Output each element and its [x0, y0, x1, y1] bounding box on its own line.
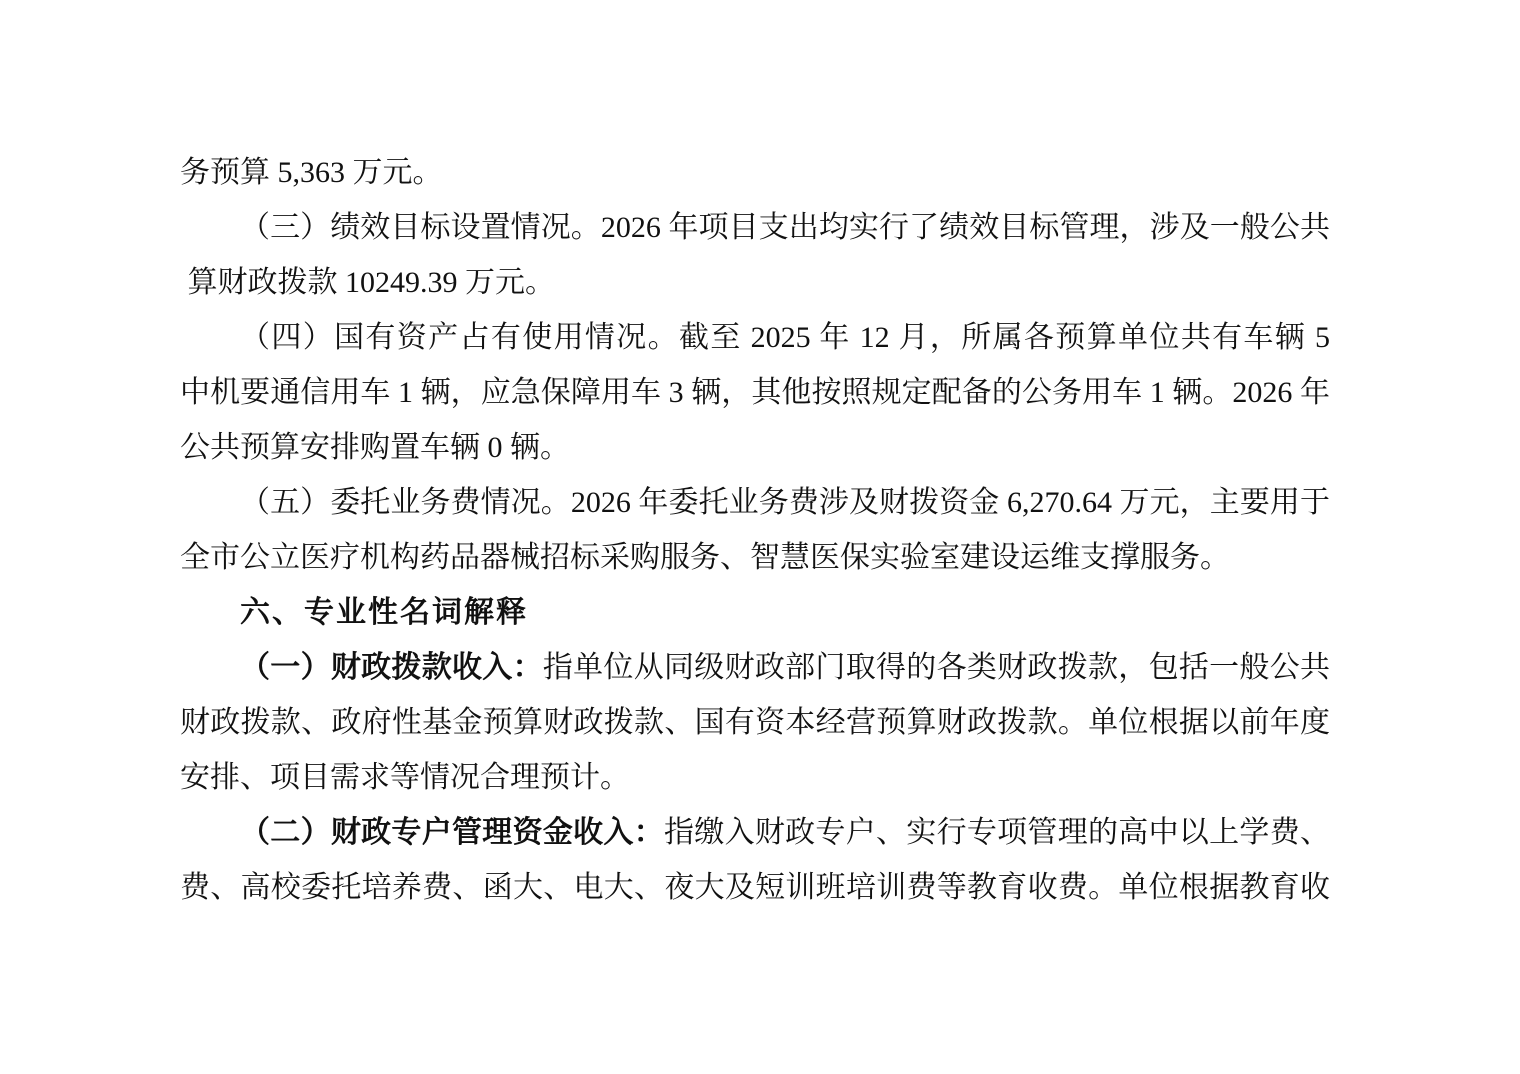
section-heading-run: 六、专业性名词解释	[240, 596, 528, 629]
document-content: 务预算 5,363 万元。（三）绩效目标设置情况。2026 年项目支出均实行了绩…	[180, 145, 1330, 915]
para-5-line-2-run: 全市公立医疗机构药品器械招标采购服务、智慧医保实验室建设运维支撑服务。	[180, 541, 1230, 574]
para-3-line-1: （三）绩效目标设置情况。2026 年项目支出均实行了绩效目标管理，涉及一般公共预	[180, 200, 1330, 255]
para-4-line-2-run: 中机要通信用车 1 辆，应急保障用车 3 辆，其他按照规定配备的公务用车 1 辆…	[180, 376, 1330, 420]
para-3-line-1-run: （三）绩效目标设置情况。2026 年项目支出均实行了绩效目标管理，涉及一般公共预	[180, 211, 1330, 255]
para-3-line-2-run: 算财政拨款 10249.39 万元。	[180, 266, 555, 299]
para-4-line-3: 公共预算安排购置车辆 0 辆。	[180, 420, 1330, 475]
document-page: 务预算 5,363 万元。（三）绩效目标设置情况。2026 年项目支出均实行了绩…	[0, 0, 1520, 1074]
term-1-line-1-run: （一）财政拨款收入：	[240, 651, 543, 684]
term-2-line-2: 费、高校委托培养费、函大、电大、夜大及短训班培训费等教育收费。单位根据教育收费标	[180, 860, 1330, 915]
para-carryover-line: 务预算 5,363 万元。	[180, 145, 1330, 200]
para-3-line-2: 算财政拨款 10249.39 万元。	[180, 255, 1330, 310]
para-5-line-2: 全市公立医疗机构药品器械招标采购服务、智慧医保实验室建设运维支撑服务。	[180, 530, 1330, 585]
para-5-line-1: （五）委托业务费情况。2026 年委托业务费涉及财拨资金 6,270.64 万元…	[180, 475, 1330, 530]
para-carryover-line-run: 务预算 5,363 万元。	[180, 156, 443, 189]
para-5-line-1-run: （五）委托业务费情况。2026 年委托业务费涉及财拨资金 6,270.64 万元…	[180, 486, 1330, 530]
term-2-line-1-run: （二）财政专户管理资金收入：	[240, 816, 664, 849]
term-1-line-3-run: 安排、项目需求等情况合理预计。	[180, 761, 630, 794]
para-4-line-2: 中机要通信用车 1 辆，应急保障用车 3 辆，其他按照规定配备的公务用车 1 辆…	[180, 365, 1330, 420]
para-4-line-1: （四）国有资产占有使用情况。截至 2025 年 12 月，所属各预算单位共有车辆…	[180, 310, 1330, 365]
term-2-line-2-run: 费、高校委托培养费、函大、电大、夜大及短训班培训费等教育收费。单位根据教育收费标	[180, 871, 1330, 915]
term-1-line-1: （一）财政拨款收入：指单位从同级财政部门取得的各类财政拨款，包括一般公共预算	[180, 640, 1330, 695]
para-4-line-1-run: （四）国有资产占有使用情况。截至 2025 年 12 月，所属各预算单位共有车辆…	[180, 321, 1330, 365]
term-1-line-3: 安排、项目需求等情况合理预计。	[180, 750, 1330, 805]
term-1-line-2: 财政拨款、政府性基金预算财政拨款、国有资本经营预算财政拨款。单位根据以前年度预算	[180, 695, 1330, 750]
section-heading: 六、专业性名词解释	[180, 585, 1330, 640]
term-2-line-1: （二）财政专户管理资金收入：指缴入财政专户、实行专项管理的高中以上学费、住宿	[180, 805, 1330, 860]
para-4-line-3-run: 公共预算安排购置车辆 0 辆。	[180, 431, 570, 464]
term-1-line-2-run: 财政拨款、政府性基金预算财政拨款、国有资本经营预算财政拨款。单位根据以前年度预算	[180, 706, 1330, 750]
